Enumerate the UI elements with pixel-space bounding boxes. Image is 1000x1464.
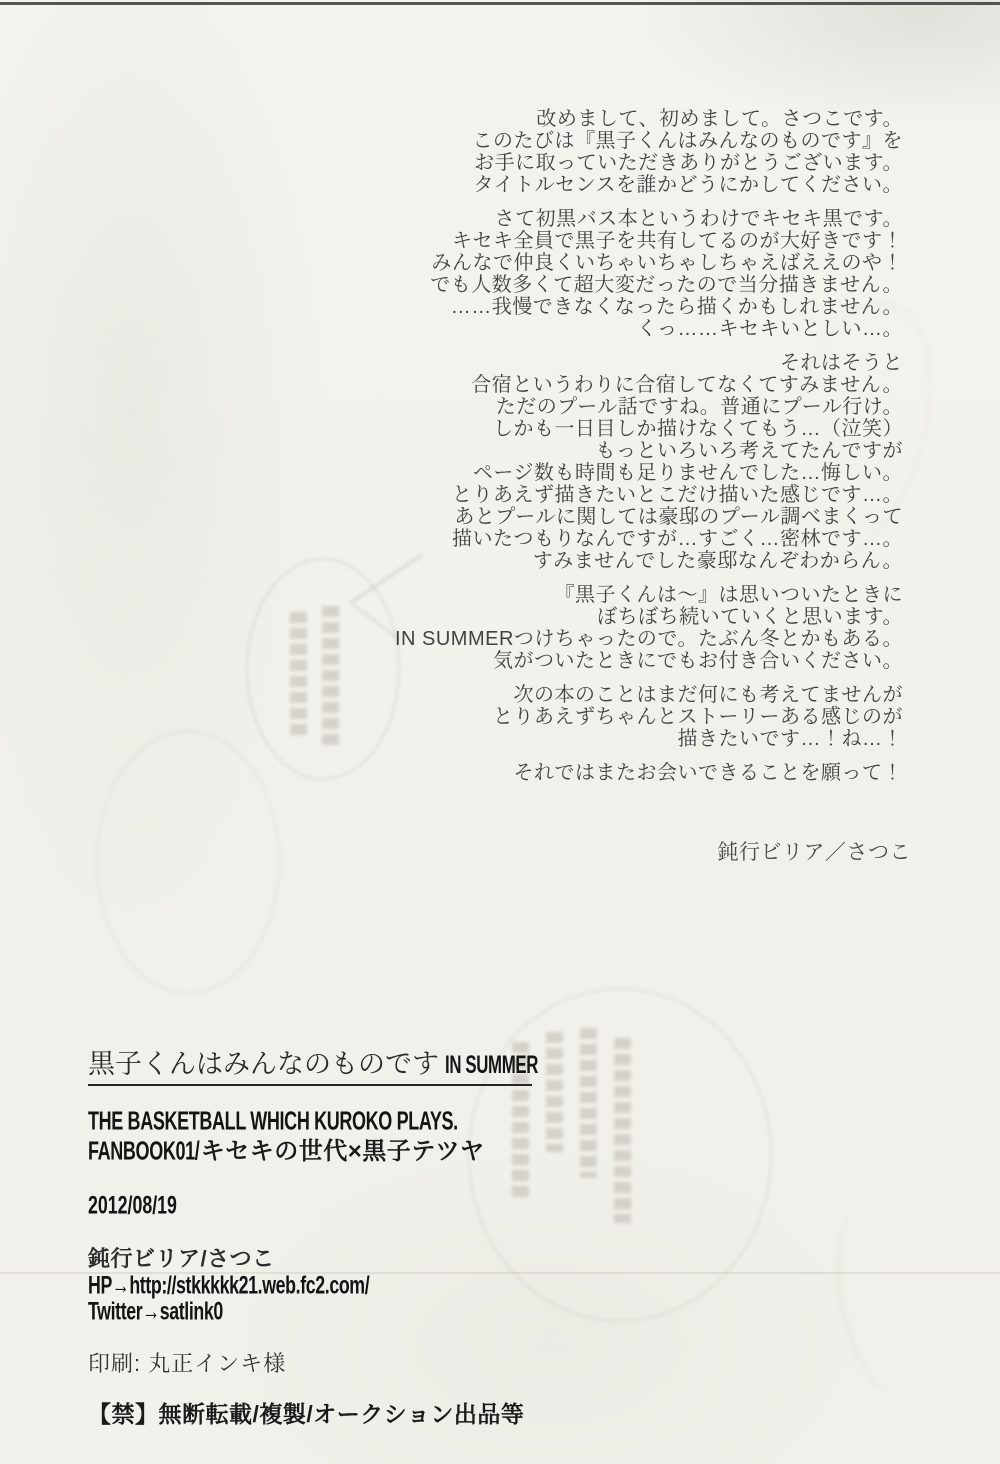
publication-date: 2012/08/19 <box>88 1191 177 1220</box>
twitter-handle: Twitter→satlink0 <box>88 1298 468 1325</box>
afterword-paragraph: それではまたお会いできることを願って！ <box>263 762 903 784</box>
book-title-jp: 黒子くんはみんなのものです <box>88 1049 439 1079</box>
prohibition-notice: 【禁】無断転載/複製/オークション出品等 <box>88 1396 602 1429</box>
afterword-paragraph: さて初黒バス本というわけでキセキ黒です。 キセキ全員で黒子を共有してるのが大好き… <box>263 208 903 340</box>
bleedthrough-speech-bubble <box>96 730 280 994</box>
author-signature: 鈍行ビリア／さつこ <box>263 842 911 864</box>
afterword-paragraph: 『黒子くんは～』は思いついたときに ぼちぼち続いていくと思います。 IN SUM… <box>263 584 903 672</box>
afterword-paragraph: 次の本のことはまだ何にも考えてませんが とりあえずちゃんとストーリーある感じのが… <box>263 684 903 750</box>
scanned-doujinshi-afterword-page: { "afterword": { "paragraphs": [ "改めまして、… <box>0 0 1000 1464</box>
bleedthrough-sketch-mark <box>820 1193 953 1408</box>
homepage-url: HP→http://stkkkkk21.web.fc2.com/ <box>88 1272 468 1299</box>
afterword-paragraph: それはそうと 合宿というわりに合宿してなくてすみません。 ただのプール話ですね。… <box>263 352 903 572</box>
circle-name: 鈍行ビリア/さつこ <box>88 1242 602 1273</box>
pairing-label: キセキの世代×黒子テツヤ <box>201 1138 485 1165</box>
fanbook-pairing-line: FANBOOK01/キセキの世代×黒子テツヤ <box>88 1146 485 1163</box>
colophon-block: 黒子くんはみんなのものですIN SUMMER THE BASKETBALL WH… <box>88 1042 602 1429</box>
fanbook-number: FANBOOK01/ <box>88 1137 199 1164</box>
bleedthrough-text-column <box>614 1038 631 1223</box>
book-title-en: IN SUMMER <box>445 1051 538 1080</box>
book-title: 黒子くんはみんなのものですIN SUMMER <box>88 1042 532 1086</box>
scan-edge-line <box>0 2 1000 5</box>
afterword-paragraph: 改めまして、初めまして。さつこです。 このたびは『黒子くんはみんなのものです』を… <box>263 108 903 196</box>
series-title-en: THE BASKETBALL WHICH KUROKO PLAYS. <box>88 1107 458 1134</box>
printer-credit: 印刷: 丸正インキ様 <box>88 1347 602 1378</box>
afterword-text-block: 改めまして、初めまして。さつこです。 このたびは『黒子くんはみんなのものです』を… <box>263 108 903 864</box>
